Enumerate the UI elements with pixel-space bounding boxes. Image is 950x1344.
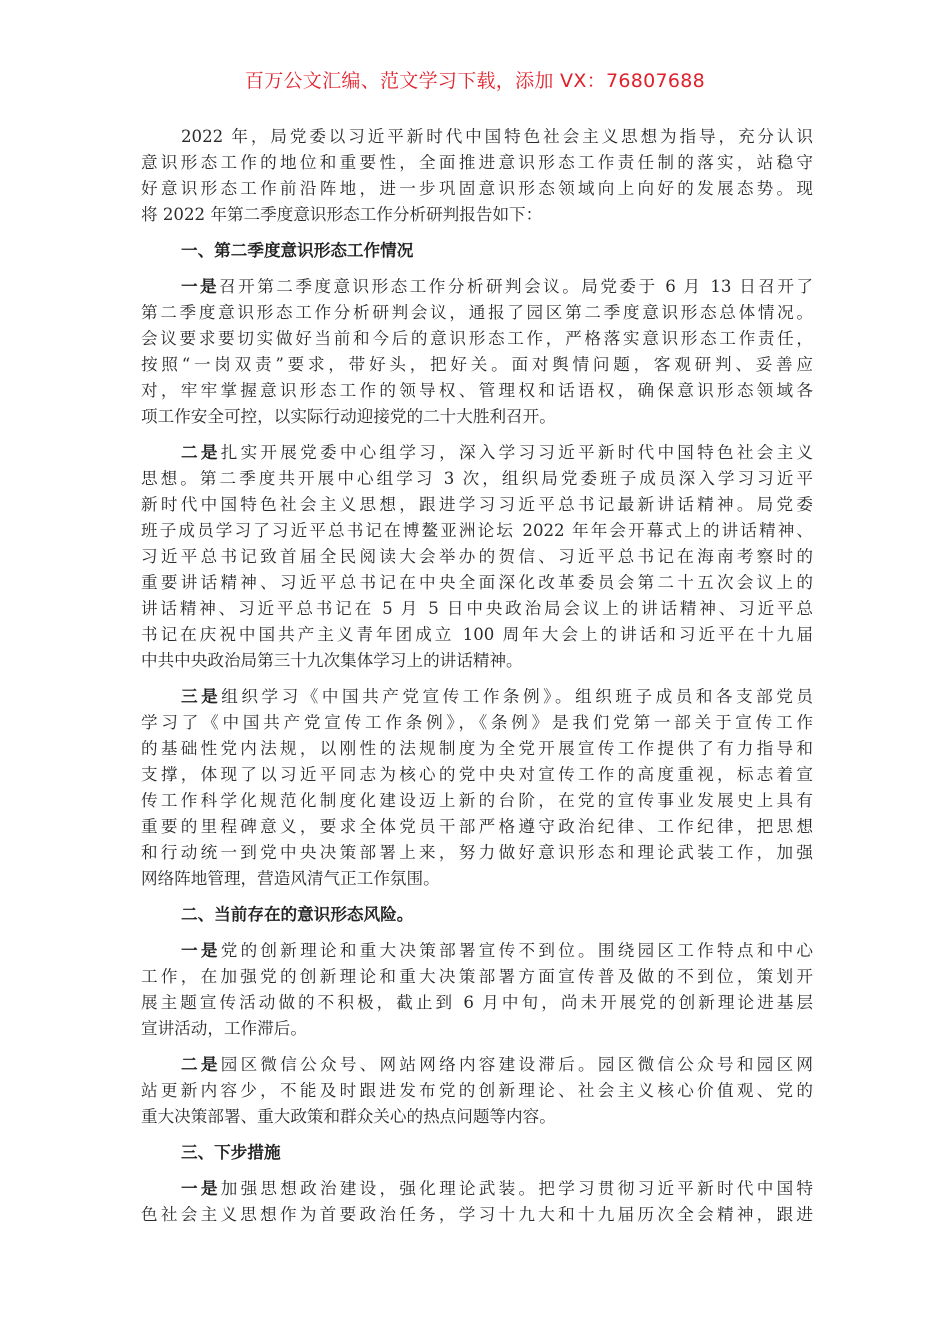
text-line: 传工作科学化规范化制度化建设迈上新的台阶，在党的宣传事业发展史上具有: [141, 788, 813, 814]
text-line: 第二季度意识形态工作分析研判会议，通报了园区第二季度意识形态总体情况。: [141, 300, 813, 326]
text-line: 一是加强思想政治建设，强化理论武装。把学习贯彻习近平新时代中国特: [141, 1176, 813, 1202]
section-heading-1: 一、第二季度意识形态工作情况: [141, 238, 813, 264]
text-line: 工作，在加强党的创新理论和重大决策部署方面宣传普及做的不到位，策划开: [141, 964, 813, 990]
paragraph-lead: 二是: [181, 1055, 221, 1074]
paragraph-lead: 二是: [181, 443, 221, 462]
text-line: 会议要求要切实做好当前和今后的意识形态工作，严格落实意识形态工作责任，: [141, 326, 813, 352]
text-line: 项工作安全可控，以实际行动迎接党的二十大胜利召开。: [141, 404, 813, 430]
paragraph-lead: 三是: [181, 687, 221, 706]
text-line: 对，牢牢掌握意识形态工作的领导权、管理权和话语权，确保意识形态领域各: [141, 378, 813, 404]
text-line: 思想。第二季度共开展中心组学习 3 次，组织局党委班子成员深入学习习近平: [141, 466, 813, 492]
text-line: 2022 年，局党委以习近平新时代中国特色社会主义思想为指导，充分认识: [141, 124, 813, 150]
document-body: 2022 年，局党委以习近平新时代中国特色社会主义思想为指导，充分认识 意识形态…: [141, 124, 813, 1228]
paragraph-lead: 一是: [181, 941, 221, 960]
paragraph-2-1: 一是党的创新理论和重大决策部署宣传不到位。围绕园区工作特点和中心 工作，在加强党…: [141, 938, 813, 1042]
text-line: 网络阵地管理，营造风清气正工作氛围。: [141, 866, 813, 892]
text-line: 新时代中国特色社会主义思想，跟进学习习近平总书记最新讲话精神。局党委: [141, 492, 813, 518]
text-line: 重大决策部署、重大政策和群众关心的热点问题等内容。: [141, 1104, 813, 1130]
text-line: 三是组织学习《中国共产党宣传工作条例》。组织班子成员和各支部党员: [141, 684, 813, 710]
section-heading-3: 三、下步措施: [141, 1140, 813, 1166]
text-line: 好意识形态工作前沿阵地，进一步巩固意识形态领域向上向好的发展态势。现: [141, 176, 813, 202]
text-line: 重要的里程碑意义，要求全体党员干部严格遵守政治纪律、工作纪律，把思想: [141, 814, 813, 840]
text-line: 色社会主义思想作为首要政治任务，学习十九大和十九届历次全会精神，跟进: [141, 1202, 813, 1228]
text-line: 中共中央政治局第三十九次集体学习上的讲话精神。: [141, 648, 813, 674]
text-line: 的基础性党内法规，以刚性的法规制度为全党开展宣传工作提供了有力指导和: [141, 736, 813, 762]
paragraph-lead: 一是: [181, 277, 219, 296]
text-line: 重要讲话精神、习近平总书记在中央全面深化改革委员会第二十五次会议上的: [141, 570, 813, 596]
intro-paragraph: 2022 年，局党委以习近平新时代中国特色社会主义思想为指导，充分认识 意识形态…: [141, 124, 813, 228]
text-line: 展主题宣传活动做的不积极，截止到 6 月中旬，尚未开展党的创新理论进基层: [141, 990, 813, 1016]
text-line: 二是扎实开展党委中心组学习，深入学习习近平新时代中国特色社会主义: [141, 440, 813, 466]
text-line: 学习了《中国共产党宣传工作条例》，《条例》是我们党第一部关于宣传工作: [141, 710, 813, 736]
text-line: 二是园区微信公众号、网站网络内容建设滞后。园区微信公众号和园区网: [141, 1052, 813, 1078]
text-line: 按照“一岗双责”要求，带好头，把好关。面对舆情问题，客观研判、妥善应: [141, 352, 813, 378]
text-line: 一是党的创新理论和重大决策部署宣传不到位。围绕园区工作特点和中心: [141, 938, 813, 964]
text-line: 意识形态工作的地位和重要性，全面推进意识形态工作责任制的落实，站稳守: [141, 150, 813, 176]
paragraph-1-2: 二是扎实开展党委中心组学习，深入学习习近平新时代中国特色社会主义 思想。第二季度…: [141, 440, 813, 674]
section-heading-2: 二、当前存在的意识形态风险。: [141, 902, 813, 928]
paragraph-2-2: 二是园区微信公众号、网站网络内容建设滞后。园区微信公众号和园区网 站更新内容少，…: [141, 1052, 813, 1130]
paragraph-1-1: 一是召开第二季度意识形态工作分析研判会议。局党委于 6 月 13 日召开了 第二…: [141, 274, 813, 430]
paragraph-1-3: 三是组织学习《中国共产党宣传工作条例》。组织班子成员和各支部党员 学习了《中国共…: [141, 684, 813, 892]
text-line: 宣讲活动，工作滞后。: [141, 1016, 813, 1042]
text-line: 讲话精神、习近平总书记在 5 月 5 日中央政治局会议上的讲话精神、习近平总: [141, 596, 813, 622]
text-line: 将 2022 年第二季度意识形态工作分析研判报告如下：: [141, 202, 813, 228]
text-line: 站更新内容少，不能及时跟进发布党的创新理论、社会主义核心价值观、党的: [141, 1078, 813, 1104]
paragraph-3-1: 一是加强思想政治建设，强化理论武装。把学习贯彻习近平新时代中国特 色社会主义思想…: [141, 1176, 813, 1228]
text-line: 和行动统一到党中央决策部署上来，努力做好意识形态和理论武装工作，加强: [141, 840, 813, 866]
text-line: 习近平总书记致首届全民阅读大会举办的贺信、习近平总书记在海南考察时的: [141, 544, 813, 570]
watermark-banner: 百万公文汇编、范文学习下载，添加 VX：76807688: [0, 66, 950, 93]
text-line: 书记在庆祝中国共产主义青年团成立 100 周年大会上的讲话和习近平在十九届: [141, 622, 813, 648]
text-line: 班子成员学习了习近平总书记在博鳌亚洲论坛 2022 年年会开幕式上的讲话精神、: [141, 518, 813, 544]
text-line: 一是召开第二季度意识形态工作分析研判会议。局党委于 6 月 13 日召开了: [141, 274, 813, 300]
text-line: 支撑，体现了以习近平同志为核心的党中央对宣传工作的高度重视，标志着宣: [141, 762, 813, 788]
paragraph-lead: 一是: [181, 1179, 221, 1198]
